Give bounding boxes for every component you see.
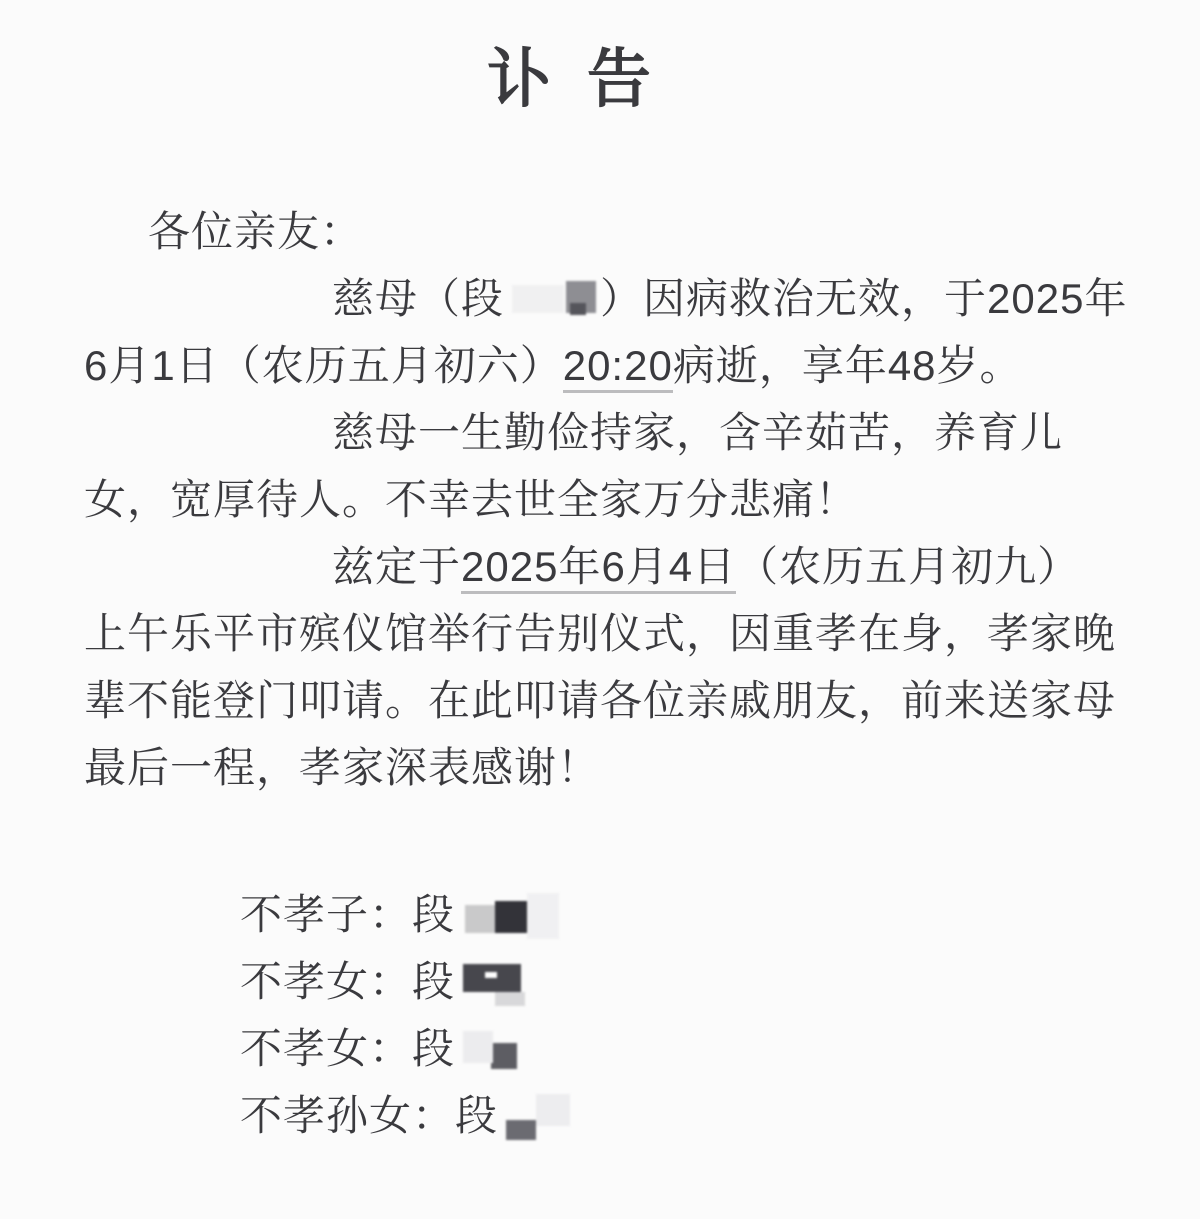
text-segment: 最后一程，孝家深表感谢！ — [84, 744, 600, 791]
redacted-son-name — [463, 893, 559, 939]
signature-line: 不孝孙女：段 — [84, 1082, 1124, 1149]
text-segment: 辈不能登门叩请。在此叩请各位亲戚朋友，前来送家母 — [84, 677, 1116, 724]
text-segment: 女，宽厚待人。不幸去世全家万分悲痛！ — [84, 476, 858, 523]
obituary-body: 各位亲友：慈母（段）因病救治无效，于2025年6月1日（农历五月初六）20:20… — [84, 198, 1124, 1149]
text-segment: ）因病救治无效，于2025年 — [600, 275, 1127, 322]
text-segment: 不孝女：段 — [240, 1025, 455, 1072]
redacted-granddaughter-name — [506, 1094, 574, 1142]
signature-line: 不孝女：段 — [84, 1015, 1124, 1082]
underlined-text: 2025年6月4日 — [461, 543, 736, 594]
signature-line: 不孝子：段 — [84, 881, 1124, 948]
text-segment: 病逝，享年48岁。 — [673, 342, 1023, 389]
body-line: 辈不能登门叩请。在此叩请各位亲戚朋友，前来送家母 — [84, 667, 1124, 734]
body-line: 慈母（段）因病救治无效，于2025年 — [84, 265, 1124, 332]
body-line: 女，宽厚待人。不幸去世全家万分悲痛！ — [84, 466, 1124, 533]
text-segment: 不孝女：段 — [240, 958, 455, 1005]
text-segment: 6月1日（农历五月初六） — [84, 342, 563, 389]
text-segment: 慈母一生勤俭持家，含辛茹苦，养育儿 — [332, 409, 1063, 456]
body-line: 最后一程，孝家深表感谢！ — [84, 734, 1124, 801]
salutation-line: 各位亲友： — [84, 198, 1124, 265]
obituary-document: 讣 告 各位亲友：慈母（段）因病救治无效，于2025年6月1日（农历五月初六）2… — [0, 0, 1200, 1219]
text-segment: 兹定于 — [332, 543, 461, 590]
text-segment: （农历五月初九） — [736, 543, 1080, 590]
text-segment: 不孝孙女：段 — [240, 1092, 498, 1139]
signature-line: 不孝女：段 — [84, 948, 1124, 1015]
redacted-daughter-name — [463, 1031, 525, 1071]
body-line: 上午乐平市殡仪馆举行告别仪式，因重孝在身，孝家晚 — [84, 600, 1124, 667]
redacted-daughter-name — [463, 962, 537, 1006]
text-segment: 慈母（段 — [332, 275, 504, 322]
body-line: 慈母一生勤俭持家，含辛茹苦，养育儿 — [84, 399, 1124, 466]
obituary-title: 讣 告 — [0, 28, 1170, 120]
redacted-mother-name — [512, 279, 600, 317]
underlined-text: 20:20 — [563, 342, 673, 393]
body-line: 兹定于2025年6月4日（农历五月初九） — [84, 533, 1124, 600]
text-segment: 上午乐平市殡仪馆举行告别仪式，因重孝在身，孝家晚 — [84, 610, 1116, 657]
text-segment: 各位亲友： — [148, 208, 363, 255]
text-segment: 不孝子：段 — [240, 891, 455, 938]
body-line: 6月1日（农历五月初六）20:20病逝，享年48岁。 — [84, 332, 1124, 399]
